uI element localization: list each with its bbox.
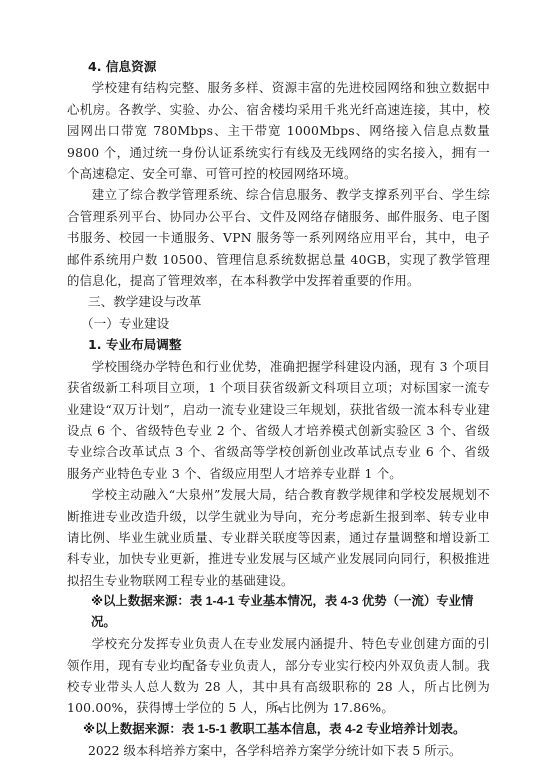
paragraph-quanzhou-development: 学校主动融入“大泉州”发展大局，结合教育教学规律和学校发展规划不断推进专业改造升… (67, 484, 490, 591)
document-page-body: 4. 信息资源 学校建有结构完整、服务多样、资源丰富的先进校园网络和独立数据中心… (67, 56, 490, 761)
heading-info-resources: 4. 信息资源 (67, 56, 490, 77)
paragraph-major-projects: 学校围绕办学特色和行业优势，准确把握学科建设内涵，现有 3 个项目获省级新工科项… (67, 356, 490, 484)
page-number: 14 (0, 706, 554, 713)
paragraph-application-platforms: 建立了综合教学管理系统、综合信息服务、教学支撑系列平台、学生综合管理系列平台、协… (67, 184, 490, 291)
data-source-note-2: ※以上数据来源：表 1-5-1 教职工基本信息，表 4-2 专业培养计划表。 (67, 719, 490, 740)
paragraph-credit-statistics: 2022 级本科培养方案中，各学科培养方案学分统计如下表 5 所示。 (67, 740, 490, 761)
chapter-heading-teaching-reform: 三、教学建设与改革 (67, 291, 490, 312)
heading-major-layout: 1. 专业布局调整 (67, 334, 490, 355)
data-source-note-1: ※以上数据来源：表 1-4-1 专业基本情况，表 4-3 优势（一流）专业情况。 (67, 591, 490, 633)
subsection-heading-major-construction: （一）专业建设 (67, 313, 490, 334)
paragraph-campus-network: 学校建有结构完整、服务多样、资源丰富的先进校园网络和独立数据中心机房。各教学、实… (67, 77, 490, 184)
